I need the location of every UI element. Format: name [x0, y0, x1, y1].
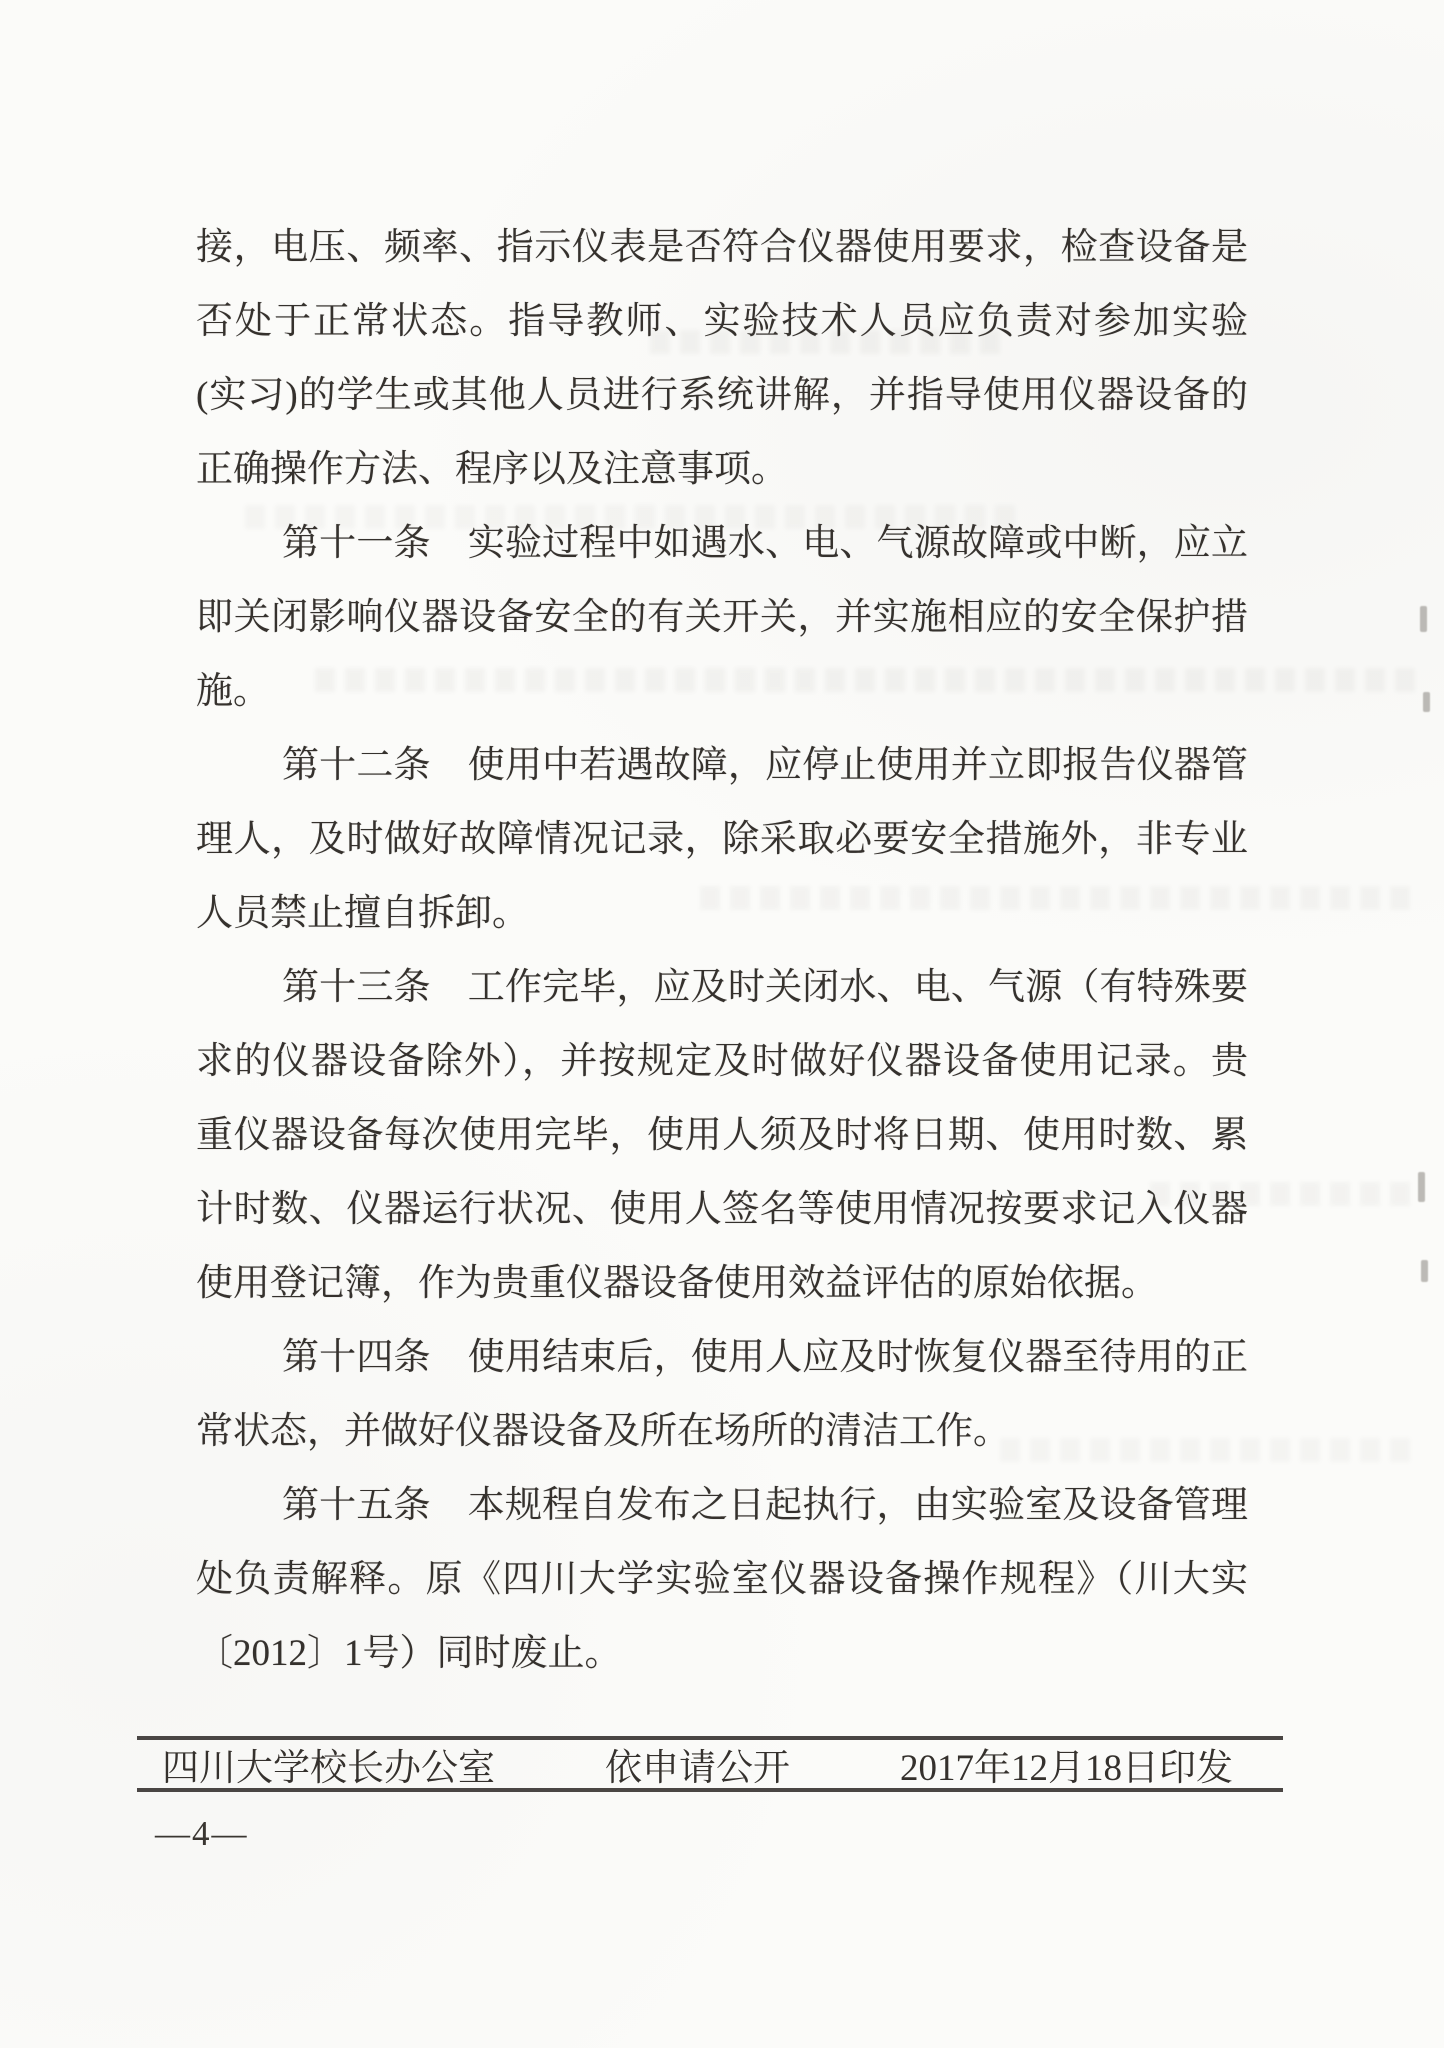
text-line: 第十一条 实验过程中如遇水、电、气源故障或中断，应立	[196, 507, 1248, 581]
text-line: 求的仪器设备除外），并按规定及时做好仪器设备使用记录。贵	[196, 1025, 1248, 1099]
text-line: 第十二条 使用中若遇故障，应停止使用并立即报告仪器管	[196, 729, 1248, 803]
text-line: 常状态，并做好仪器设备及所在场所的清洁工作。	[196, 1395, 1248, 1469]
scanned-document-page: 接，电压、频率、指示仪表是否符合仪器使用要求，检查设备是否处于正常状态。指导教师…	[0, 0, 1444, 2048]
text-line: 计时数、仪器运行状况、使用人签名等使用情况按要求记入仪器	[196, 1173, 1248, 1247]
scan-edge-mark	[1421, 1260, 1428, 1282]
text-line: (实习)的学生或其他人员进行系统讲解，并指导使用仪器设备的	[196, 359, 1248, 433]
document-footer: 四川大学校长办公室 依申请公开 2017年12月18日印发	[137, 1736, 1283, 1792]
scan-edge-mark	[1420, 606, 1427, 632]
scan-edge-mark	[1418, 1172, 1425, 1202]
text-line: 施。	[196, 655, 1248, 729]
text-line: 重仪器设备每次使用完毕，使用人须及时将日期、使用时数、累	[196, 1099, 1248, 1173]
text-line: 处负责解释。原《四川大学实验室仪器设备操作规程》（川大实	[196, 1543, 1248, 1617]
scan-edge-mark	[1423, 692, 1430, 712]
text-line: 理人，及时做好故障情况记录，除采取必要安全措施外，非专业	[196, 803, 1248, 877]
text-line: 否处于正常状态。指导教师、实验技术人员应负责对参加实验	[196, 285, 1248, 359]
text-line: 使用登记簿，作为贵重仪器设备使用效益评估的原始依据。	[196, 1247, 1248, 1321]
text-line: 人员禁止擅自拆卸。	[196, 877, 1248, 951]
document-body: 接，电压、频率、指示仪表是否符合仪器使用要求，检查设备是否处于正常状态。指导教师…	[196, 211, 1248, 1691]
footer-issuing-office: 四川大学校长办公室	[162, 1737, 495, 1791]
text-line: 第十五条 本规程自发布之日起执行，由实验室及设备管理	[196, 1469, 1248, 1543]
text-line: 正确操作方法、程序以及注意事项。	[196, 433, 1248, 507]
text-line: 第十四条 使用结束后，使用人应及时恢复仪器至待用的正	[196, 1321, 1248, 1395]
page-number: —4—	[155, 1814, 249, 1854]
text-line: 第十三条 工作完毕，应及时关闭水、电、气源（有特殊要	[196, 951, 1248, 1025]
footer-disclosure-type: 依申请公开	[605, 1737, 790, 1791]
text-line: 接，电压、频率、指示仪表是否符合仪器使用要求，检查设备是	[196, 211, 1248, 285]
text-line: 即关闭影响仪器设备安全的有关开关，并实施相应的安全保护措	[196, 581, 1248, 655]
text-line: 〔2012〕1号）同时废止。	[196, 1617, 1248, 1691]
footer-print-date: 2017年12月18日印发	[900, 1737, 1233, 1791]
